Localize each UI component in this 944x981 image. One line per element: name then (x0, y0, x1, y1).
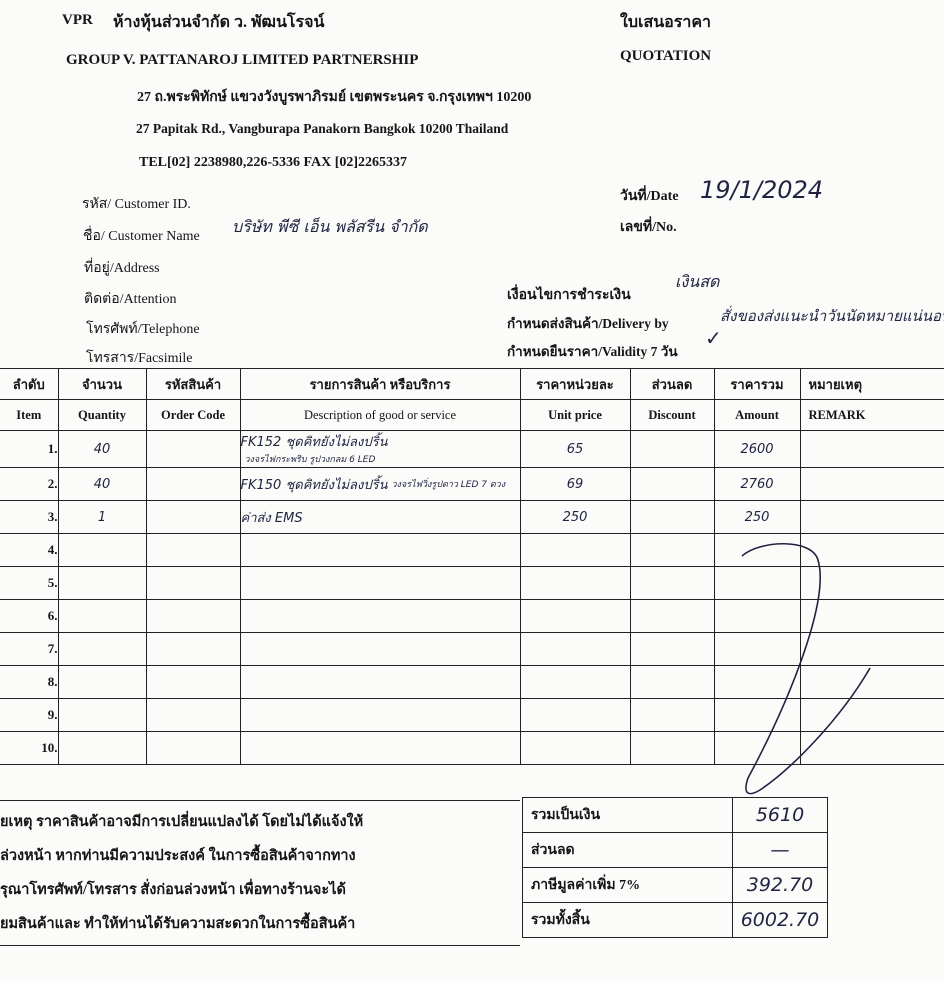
col-amount-en: Amount (714, 400, 800, 431)
doc-title-en: QUOTATION (620, 48, 711, 65)
delivery-label: กำหนดส่งสินค้า/Delivery by (507, 312, 669, 334)
description-cell[interactable] (240, 534, 520, 567)
quantity-cell[interactable]: 40 (58, 431, 146, 468)
amount-cell[interactable]: 2760 (714, 468, 800, 501)
amount-cell[interactable] (714, 666, 800, 699)
payment-value[interactable]: เงินสด (675, 270, 719, 295)
unit-price-cell[interactable] (520, 732, 630, 765)
order-code-cell[interactable] (146, 732, 240, 765)
item-number: 6. (0, 600, 58, 633)
description-text: FK152 ชุดคิทยังไม่ลงปริ้น (241, 435, 388, 450)
company-abbr: VPR (62, 12, 93, 29)
item-number: 3. (0, 501, 58, 534)
description-text: ค่าส่ง EMS (241, 511, 303, 526)
item-number: 9. (0, 699, 58, 732)
attention-label: ติดต่อ/Attention (84, 288, 176, 310)
subtotal-label: รวมเป็นเงิน (523, 798, 733, 833)
amount-cell[interactable]: 2600 (714, 431, 800, 468)
col-amount-th: ราคารวม (714, 369, 800, 400)
discount-cell[interactable] (630, 732, 714, 765)
description-cell[interactable] (240, 600, 520, 633)
customer-name-value[interactable]: บริษัท พีซี เอ็น พลัสรีน จำกัด (232, 215, 428, 240)
validity-checkmark[interactable]: ✓ (705, 326, 722, 350)
unit-price-cell[interactable]: 69 (520, 468, 630, 501)
description-cell[interactable] (240, 567, 520, 600)
note-line: ยเหตุ ราคาสินค้าอาจมีการเปลี่ยนแปลงได้ โ… (0, 805, 520, 839)
table-row: 2. 40 FK150 ชุดคิทยังไม่ลงปริ้นวงจรไฟวิ่… (0, 468, 944, 501)
table-row: 8. (0, 666, 944, 699)
payment-label: เงื่อนไขการชำระเงิน (507, 284, 631, 306)
description-cell[interactable] (240, 699, 520, 732)
col-item-th: ลำดับ (0, 369, 58, 400)
remark-cell[interactable] (800, 732, 944, 765)
description-note: วงจรไฟวิ่งรูปดาว LED 7 ดวง (392, 480, 506, 490)
vat-row: ภาษีมูลค่าเพิ่ม 7% 392.70 (523, 868, 828, 903)
discount-cell[interactable] (630, 534, 714, 567)
unit-price-cell[interactable] (520, 600, 630, 633)
table-row: 7. (0, 633, 944, 666)
col-price-en: Unit price (520, 400, 630, 431)
item-number: 4. (0, 534, 58, 567)
discount-cell[interactable] (630, 431, 714, 468)
header-row-en: Item Quantity Order Code Description of … (0, 400, 944, 431)
discount-cell[interactable] (630, 501, 714, 534)
note-line: ล่วงหน้า หากท่านมีความประสงค์ ในการซื้อส… (0, 839, 520, 873)
vat-value[interactable]: 392.70 (733, 868, 828, 903)
notes-box: ยเหตุ ราคาสินค้าอาจมีการเปลี่ยนแปลงได้ โ… (0, 800, 520, 946)
doc-title-th: ใบเสนอราคา (620, 10, 711, 35)
note-line: ยมสินค้าและ ทำให้ท่านได้รับความสะดวกในกา… (0, 907, 520, 941)
unit-price-cell[interactable]: 65 (520, 431, 630, 468)
col-item-en: Item (0, 400, 58, 431)
amount-cell[interactable]: 250 (714, 501, 800, 534)
discount-cell[interactable] (630, 600, 714, 633)
amount-cell[interactable] (714, 600, 800, 633)
discount-cell[interactable] (630, 633, 714, 666)
item-number: 8. (0, 666, 58, 699)
delivery-value[interactable]: สั่งของส่งแนะนำวันนัดหมายแน่นอน (720, 304, 944, 328)
description-cell[interactable]: FK152 ชุดคิทยังไม่ลงปริ้นวงจรไฟกระพริบ ร… (240, 431, 520, 468)
table-row: 4. (0, 534, 944, 567)
remark-cell[interactable] (800, 501, 944, 534)
doc-no-label: เลขที่/No. (620, 216, 677, 238)
item-number: 5. (0, 567, 58, 600)
date-label: วันที่/Date (620, 185, 679, 207)
remark-cell[interactable] (800, 431, 944, 468)
unit-price-cell[interactable] (520, 699, 630, 732)
col-remark-th: หมายเหตุ (800, 369, 944, 400)
table-row: 1. 40 FK152 ชุดคิทยังไม่ลงปริ้นวงจรไฟกระ… (0, 431, 944, 468)
col-code-th: รหัสสินค้า (146, 369, 240, 400)
unit-price-cell[interactable] (520, 633, 630, 666)
item-number: 2. (0, 468, 58, 501)
col-qty-en: Quantity (58, 400, 146, 431)
grand-total-value[interactable]: 6002.70 (733, 903, 828, 938)
description-cell[interactable]: FK150 ชุดคิทยังไม่ลงปริ้นวงจรไฟวิ่งรูปดา… (240, 468, 520, 501)
quantity-cell[interactable]: 1 (58, 501, 146, 534)
col-qty-th: จำนวน (58, 369, 146, 400)
discount-row: ส่วนลด — (523, 833, 828, 868)
telephone-label: โทรศัพท์/Telephone (86, 318, 200, 340)
quantity-cell[interactable]: 40 (58, 468, 146, 501)
company-name-th: ห้างหุ้นส่วนจำกัด ว. พัฒนโรจน์ (113, 10, 324, 35)
customer-id-label: รหัส/ Customer ID. (82, 193, 191, 215)
table-row: 9. (0, 699, 944, 732)
remark-cell[interactable] (800, 633, 944, 666)
unit-price-cell[interactable] (520, 534, 630, 567)
col-desc-th: รายการสินค้า หรือบริการ (240, 369, 520, 400)
description-cell[interactable] (240, 732, 520, 765)
table-row: 5. (0, 567, 944, 600)
company-address-th: 27 ถ.พระพิทักษ์ แขวงวังบูรพาภิรมย์ เขตพร… (137, 86, 531, 108)
quantity-cell[interactable] (58, 600, 146, 633)
table-row: 10. (0, 732, 944, 765)
col-remark-en: REMARK (800, 400, 944, 431)
discount-cell[interactable] (630, 468, 714, 501)
unit-price-cell[interactable] (520, 567, 630, 600)
item-number: 7. (0, 633, 58, 666)
quantity-cell[interactable] (58, 699, 146, 732)
amount-cell[interactable] (714, 633, 800, 666)
item-number: 1. (0, 431, 58, 468)
note-line: รุณาโทรศัพท์/โทรสาร สั่งก่อนล่วงหน้า เพื… (0, 873, 520, 907)
order-code-cell[interactable] (146, 600, 240, 633)
col-price-th: ราคาหน่วยละ (520, 369, 630, 400)
description-cell[interactable]: ค่าส่ง EMS (240, 501, 520, 534)
validity-label: กำหนดยืนราคา/Validity 7 วัน (507, 340, 678, 362)
remark-cell[interactable] (800, 699, 944, 732)
discount-value[interactable]: — (733, 833, 828, 868)
discount-cell[interactable] (630, 567, 714, 600)
grand-total-row: รวมทั้งสิ้น 6002.70 (523, 903, 828, 938)
order-code-cell[interactable] (146, 666, 240, 699)
table-row: 6. (0, 600, 944, 633)
order-code-cell[interactable] (146, 501, 240, 534)
amount-cell[interactable] (714, 567, 800, 600)
order-code-cell[interactable] (146, 534, 240, 567)
order-code-cell[interactable] (146, 468, 240, 501)
quantity-cell[interactable] (58, 534, 146, 567)
items-table: ลำดับ จำนวน รหัสสินค้า รายการสินค้า หรือ… (0, 368, 944, 765)
remark-cell[interactable] (800, 534, 944, 567)
header-row-th: ลำดับ จำนวน รหัสสินค้า รายการสินค้า หรือ… (0, 369, 944, 400)
quantity-cell[interactable] (58, 567, 146, 600)
subtotal-row: รวมเป็นเงิน 5610 (523, 798, 828, 833)
subtotal-value[interactable]: 5610 (733, 798, 828, 833)
order-code-cell[interactable] (146, 699, 240, 732)
totals-table: รวมเป็นเงิน 5610 ส่วนลด — ภาษีมูลค่าเพิ่… (522, 797, 828, 938)
description-text: FK150 ชุดคิทยังไม่ลงปริ้น (241, 478, 388, 493)
amount-cell[interactable] (714, 534, 800, 567)
description-note: วงจรไฟกระพริบ รูปวงกลม 6 LED (245, 455, 376, 465)
quantity-cell[interactable] (58, 732, 146, 765)
company-name-en: GROUP V. PATTANAROJ LIMITED PARTNERSHIP (66, 52, 418, 69)
amount-cell[interactable] (714, 732, 800, 765)
order-code-cell[interactable] (146, 567, 240, 600)
unit-price-cell[interactable]: 250 (520, 501, 630, 534)
discount-cell[interactable] (630, 699, 714, 732)
item-number: 10. (0, 732, 58, 765)
company-contact: TEL[02] 2238980,226-5336 FAX [02]2265337 (139, 155, 407, 171)
quantity-cell[interactable] (58, 633, 146, 666)
remark-cell[interactable] (800, 468, 944, 501)
order-code-cell[interactable] (146, 431, 240, 468)
unit-price-cell[interactable] (520, 666, 630, 699)
fax-label: โทรสาร/Facsimile (86, 347, 193, 369)
remark-cell[interactable] (800, 600, 944, 633)
amount-cell[interactable] (714, 699, 800, 732)
customer-name-label: ชื่อ/ Customer Name (83, 225, 200, 247)
address-label: ที่อยู่/Address (84, 257, 160, 279)
description-cell[interactable] (240, 633, 520, 666)
table-row: 3. 1 ค่าส่ง EMS 250 250 (0, 501, 944, 534)
remark-cell[interactable] (800, 666, 944, 699)
vat-label: ภาษีมูลค่าเพิ่ม 7% (523, 868, 733, 903)
discount-cell[interactable] (630, 666, 714, 699)
grand-total-label: รวมทั้งสิ้น (523, 903, 733, 938)
remark-cell[interactable] (800, 567, 944, 600)
col-discount-en: Discount (630, 400, 714, 431)
discount-label: ส่วนลด (523, 833, 733, 868)
quantity-cell[interactable] (58, 666, 146, 699)
date-value[interactable]: 19/1/2024 (700, 176, 823, 204)
company-address-en: 27 Papitak Rd., Vangburapa Panakorn Bang… (136, 121, 508, 137)
order-code-cell[interactable] (146, 633, 240, 666)
col-discount-th: ส่วนลด (630, 369, 714, 400)
description-cell[interactable] (240, 666, 520, 699)
col-desc-en: Description of good or service (240, 400, 520, 431)
col-code-en: Order Code (146, 400, 240, 431)
